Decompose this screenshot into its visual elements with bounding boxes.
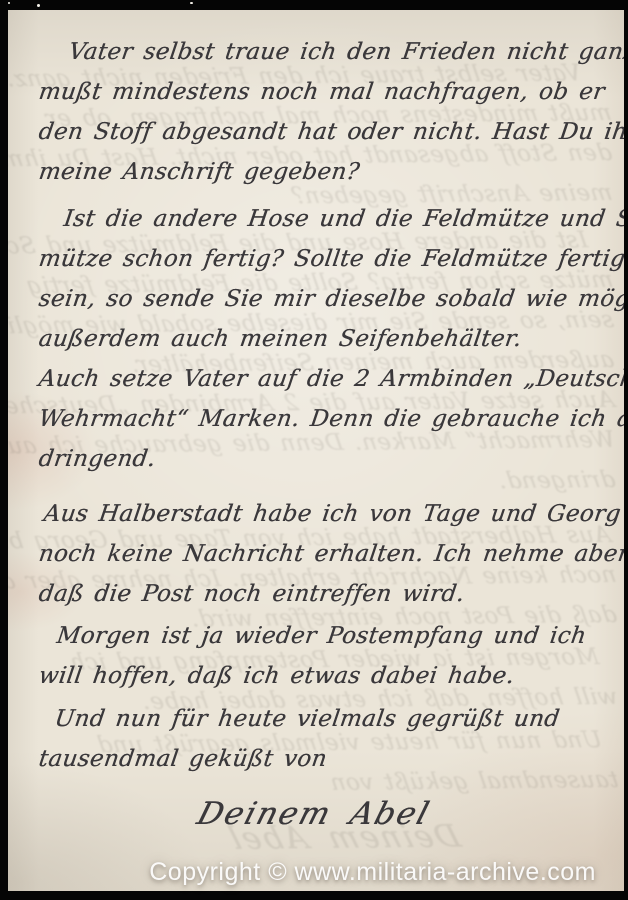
letter-photo: Vater selbst traue ich den Frieden nicht… (0, 0, 628, 900)
letter-line: Morgen ist ja wieder Postempfang und ich (36, 616, 618, 656)
letter-line: daß die Post noch eintreffen wird. (36, 574, 618, 614)
letter-line: meine Anschrift gegeben? (36, 152, 618, 192)
letter-paragraph: Vater selbst traue ich den Frieden nicht… (36, 32, 612, 192)
letter-line: will hoffen, daß ich etwas dabei habe. (36, 656, 618, 696)
letter-line: Vater selbst traue ich den Frieden nicht… (36, 32, 618, 72)
letter-line: tausendmal geküßt von (36, 739, 618, 779)
signature: Deinem Abel (191, 789, 624, 839)
dust-speck (37, 4, 40, 7)
letter-paragraph: Aus Halberstadt habe ich von Tage und Ge… (36, 494, 612, 614)
dust-speck (190, 2, 193, 4)
letter-line: Ist die andere Hose und die Feldmütze un… (36, 199, 618, 239)
letter-line: Wehrmacht“ Marken. Denn die gebrauche ic… (36, 399, 618, 439)
letter-line: Auch setze Vater auf die 2 Armbinden „De… (36, 359, 618, 399)
letter-line: den Stoff abgesandt hat oder nicht. Hast… (36, 112, 618, 152)
letter-line: mütze schon fertig? Sollte die Feldmütze… (36, 239, 618, 279)
letter-line: dringend. (36, 439, 618, 479)
letter-line: mußt mindestens noch mal nachfragen, ob … (36, 72, 618, 112)
letter-line: Aus Halberstadt habe ich von Tage und Ge… (36, 494, 618, 534)
letter-paragraph: Morgen ist ja wieder Postempfang und ich… (36, 616, 612, 696)
letter-line: Und nun für heute vielmals gegrüßt und (36, 699, 618, 739)
letter-line: noch keine Nachricht erhalten. Ich nehme… (36, 534, 618, 574)
letter-paper: Vater selbst traue ich den Frieden nicht… (8, 10, 624, 891)
letter-paragraph: Ist die andere Hose und die Feldmütze un… (36, 199, 612, 479)
letter-paragraph: Und nun für heute vielmals gegrüßt und t… (36, 699, 612, 779)
copyright-watermark: Copyright © www.militaria-archive.com (149, 858, 596, 887)
letter-line: sein, so sende Sie mir dieselbe sobald w… (36, 279, 618, 319)
letter-line: außerdem auch meinen Seifenbehälter. (36, 319, 618, 359)
letter-body: Vater selbst traue ich den Frieden nicht… (36, 32, 612, 839)
dust-speck (8, 2, 10, 4)
